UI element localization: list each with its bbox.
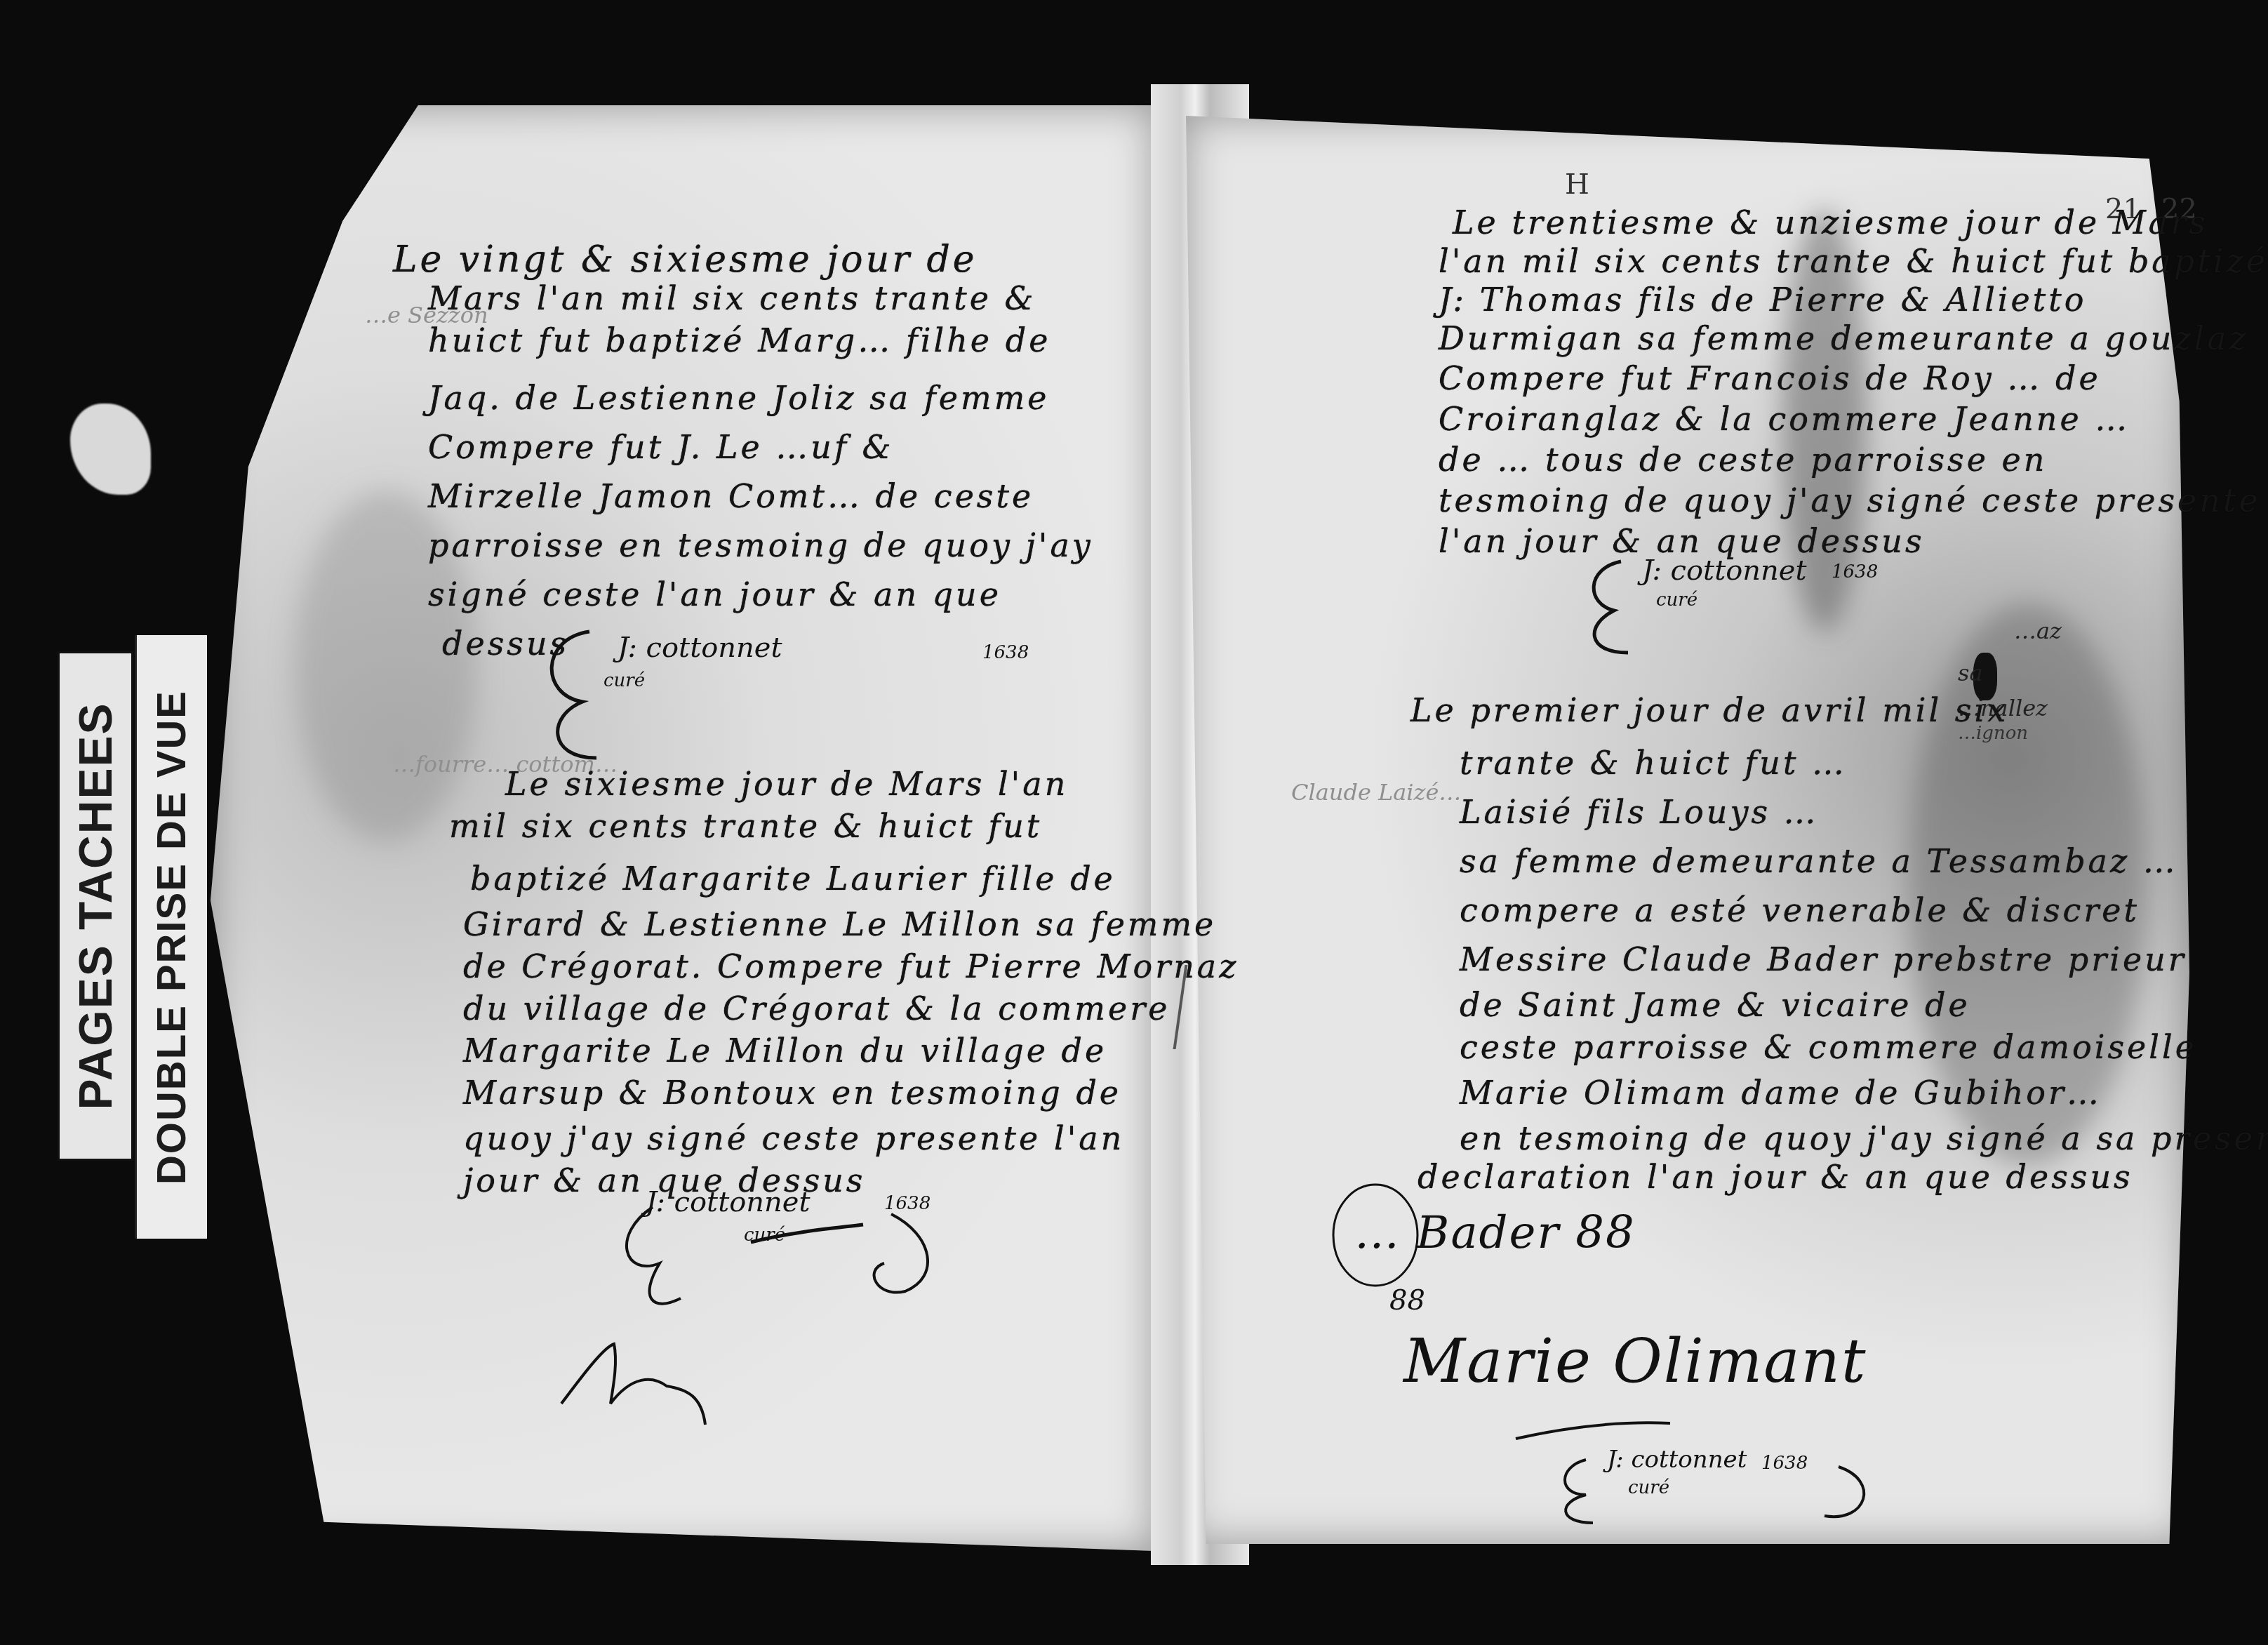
entry-line: Mars l'an mil six cents trante & [428,279,1036,317]
entry-line: Durmigan sa femme demeurante a gouzlaz [1439,319,2249,357]
entry-line: Mirzelle Jamon Comt… de ceste [428,477,1034,515]
paraph-mark: 1638 [982,642,1029,663]
entry-line: mil six cents trante & huict fut [449,807,1042,845]
entry-line: parroisse en tesmoing de quoy j'ay [428,526,1093,564]
entry-line: baptizé Margarite Laurier fille de [470,860,1116,898]
signature-flourish-icon [1502,1418,1895,1530]
entry-line: Le vingt & sixiesme jour de [393,239,978,281]
pen-stroke-icon [554,1333,716,1432]
entry-line: Le premier jour de avril mil six [1410,691,2008,729]
curate-title: curé [1656,590,1697,611]
entry-line: de Saint Jame & vicaire de [1460,986,1970,1024]
entry-line: Compere fut J. Le …uf & [428,428,894,466]
stamp-double-prise-de-vue: DOUBLE PRISE DE VUE [135,635,207,1239]
entry-line: de Crégorat. Compere fut Pierre Mornaz [463,947,1239,985]
margin-note: sa [1958,660,1983,686]
signature-flourish-icon [611,1193,975,1319]
entry-line: Jaq. de Lestienne Joliz sa femme [428,379,1050,417]
entry-line: sa femme demeurante a Tessambaz … [1460,842,2178,880]
margin-note: …az [2014,618,2062,644]
entry-line: tesmoing de quoy j'ay signé ceste presen… [1439,481,2261,519]
signature-flourish-icon [1572,554,1656,660]
stamp-text: DOUBLE PRISE DE VUE [149,689,196,1184]
entry-line: du village de Crégorat & la commere [463,990,1170,1027]
entry-line: J: Thomas fils de Pierre & Allietto [1439,281,2086,319]
godmother-signature: Marie Olimant [1403,1326,1867,1397]
entry-line: Le trentiesme & unziesme jour de Mars [1453,204,2208,241]
document-viewer: PAGES TACHEES DOUBLE PRISE DE VUE …e Sez… [0,0,2268,1645]
entry-line: quoy j'ay signé ceste presente l'an [463,1119,1124,1157]
entry-line: Compere fut Francois de Roy … de [1439,359,2101,397]
paraph-mark: 1638 [1832,561,1878,582]
godparent-mark: 88 [1389,1284,1425,1317]
entry-line: Margarite Le Millon du village de [463,1032,1107,1070]
paper-scrap [70,404,151,495]
stamp-pages-tachees: PAGES TACHEES [58,651,133,1161]
top-mark: H [1565,168,1589,201]
entry-line: Marsup & Bontoux en tesmoing de [463,1074,1121,1112]
entry-line: declaration l'an jour & an que dessus [1417,1158,2133,1196]
curate-signature: J: cottonnet [1642,554,1807,587]
entry-line: trante & huict fut … [1460,744,1847,782]
stamp-text: PAGES TACHEES [69,702,122,1110]
entry-line: Le sixiesme jour de Mars l'an [505,765,1068,803]
entry-line: ceste parroisse & commere damoiselle [1460,1028,2197,1066]
entry-line: Messire Claude Bader prebstre prieur [1460,940,2187,978]
entry-line: Marie Olimam dame de Gubihor… [1460,1074,2102,1112]
entry-line: Laisié fils Louys … [1460,793,1819,831]
entry-line: Croiranglaz & la commere Jeanne … [1439,400,2130,438]
entry-line: en tesmoing de quoy j'ay signé a sa pres… [1460,1119,2268,1157]
entry-line: signé ceste l'an jour & an que [428,575,1001,613]
margin-note: Claude Laizé… [1291,779,1461,806]
entry-line: de … tous de ceste parroisse en [1439,441,2047,479]
entry-line: Girard & Lestienne Le Millon sa femme [463,905,1216,943]
godparent-signature: … Bader 88 [1354,1207,1636,1259]
signature-flourish-icon [533,625,646,765]
entry-line: huict fut baptizé Marg… filhe de [428,321,1050,359]
entry-line: compere a esté venerable & discret [1460,891,2140,929]
entry-line: l'an mil six cents trante & huict fut ba… [1439,242,2268,280]
